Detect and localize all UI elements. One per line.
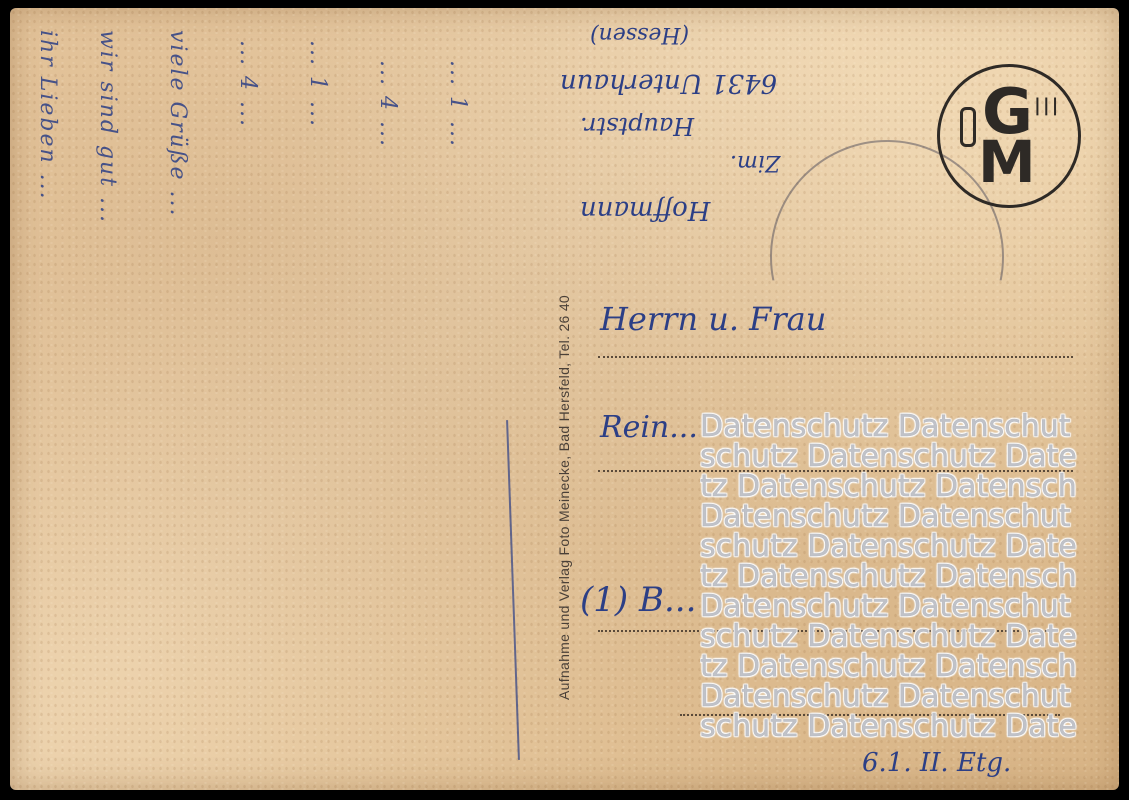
handwriting-column: ... 4 ...	[375, 60, 400, 148]
publisher-imprint: Aufnahme und Verlag Foto Meinecke, Bad H…	[556, 295, 572, 700]
handwriting-column: ... 1 ...	[305, 40, 330, 128]
finger-icon	[960, 107, 976, 147]
sender-region: (Hessen)	[590, 22, 689, 47]
watermark-row: schutz Datenschutz Date	[700, 442, 1129, 472]
address-line	[598, 356, 1073, 358]
handwriting-column: viele Grüße ...	[165, 30, 190, 217]
floor-note: 6.1. II. Etg.	[862, 748, 1011, 778]
logo-letter-m: M	[978, 133, 1036, 191]
sender-street: Hauptstr.	[580, 112, 694, 140]
watermark-row: tz Datenschutz Datensch	[700, 472, 1129, 502]
watermark-row: schutz Datenschutz Date	[700, 532, 1129, 562]
handwriting-column: ... 1 ...	[445, 60, 470, 148]
handwriting-column: ihr Lieben ...	[35, 30, 60, 201]
privacy-watermark: Datenschutz Datenschut schutz Datenschut…	[700, 412, 1129, 752]
watermark-row: schutz Datenschutz Date	[700, 712, 1129, 742]
sender-town: 6431 Unterhaun	[560, 68, 777, 98]
addressee-street	[650, 650, 660, 685]
sender-room: Zim.	[730, 150, 780, 175]
addressee-city: (1) B...	[580, 580, 696, 620]
gm-publisher-logo-icon: G ||| M	[937, 64, 1081, 208]
watermark-row: Datenschutz Datenschut	[700, 502, 1129, 532]
watermark-row: Datenschutz Datenschut	[700, 412, 1129, 442]
sender-name: Hoffmann	[580, 195, 710, 225]
handwriting-column: wir sind gut ...	[95, 30, 120, 224]
watermark-row: tz Datenschutz Datensch	[700, 652, 1129, 682]
addressee-name: Rein...	[600, 410, 698, 445]
logo-bars: |||	[1032, 95, 1059, 116]
addressee-salutation: Herrn u. Frau	[600, 300, 826, 338]
watermark-row: Datenschutz Datenschut	[700, 682, 1129, 712]
watermark-row: Datenschutz Datenschut	[700, 592, 1129, 622]
watermark-row: schutz Datenschutz Date	[700, 622, 1129, 652]
watermark-row: tz Datenschutz Datensch	[700, 562, 1129, 592]
handwriting-column: ... 4 ...	[235, 40, 260, 128]
